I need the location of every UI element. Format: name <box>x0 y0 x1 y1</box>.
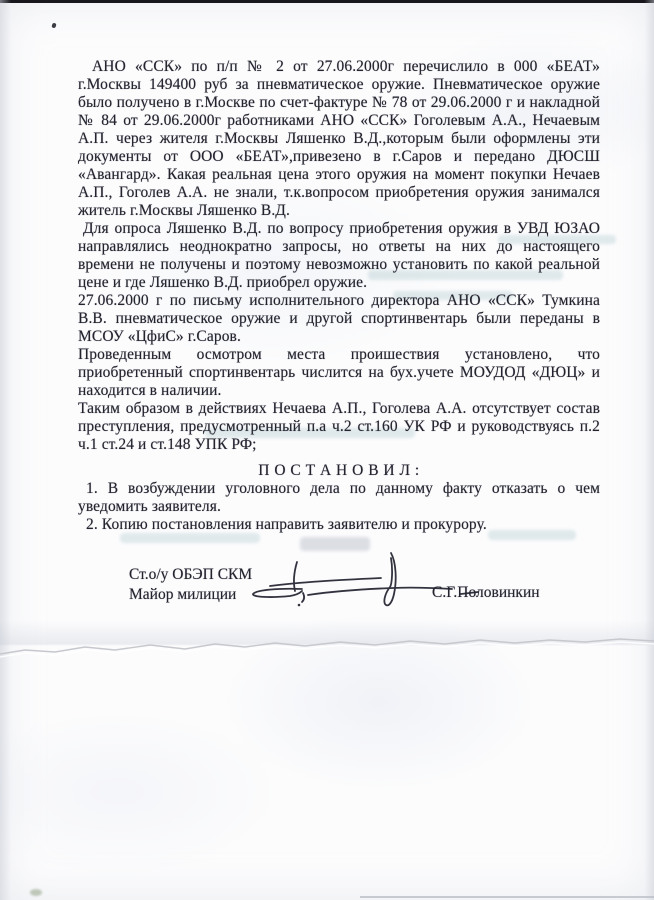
paper-speck <box>30 889 42 896</box>
body-paragraph: 27.06.2000 г по письму исполнительного д… <box>78 292 600 346</box>
document-body: АНО «ССК» по п/п № 2 от 27.06.2000г пере… <box>78 58 600 534</box>
body-paragraph: АНО «ССК» по п/п № 2 от 27.06.2000г пере… <box>78 58 600 220</box>
ink-speck <box>51 23 56 29</box>
resolution-item: 1. В возбуждении уголовного дела по данн… <box>78 480 600 516</box>
body-paragraph: Для опроса Ляшенко В.Д. по вопросу приоб… <box>78 220 600 292</box>
ink-bleed-mark <box>120 533 260 543</box>
body-paragraph: Проведенным осмотром места проишествия у… <box>78 346 600 400</box>
resolution-heading: П О С Т А Н О В И Л : <box>78 462 600 480</box>
body-paragraph: Таким образом в действиях Нечаева А.П., … <box>78 400 600 454</box>
resolution-item: 2. Копию постановления направить заявите… <box>78 516 600 534</box>
signer-position: Ст.о/у ОБЭП СКМ <box>129 565 252 585</box>
scanned-document-page: АНО «ССК» по п/п № 2 от 27.06.2000г пере… <box>0 0 654 900</box>
signer-rank: Майор милиции <box>129 585 252 605</box>
scan-edge-bar <box>0 0 654 3</box>
paper-left-shading <box>0 0 14 900</box>
signer-name: С.Г.Половинкин <box>432 584 540 602</box>
scan-bottom-edge <box>360 896 654 898</box>
signature-block: Ст.о/у ОБЭП СКМ Майор милиции <box>129 565 252 605</box>
paper-fold-crease <box>0 628 654 664</box>
paper-right-shading <box>642 0 654 900</box>
